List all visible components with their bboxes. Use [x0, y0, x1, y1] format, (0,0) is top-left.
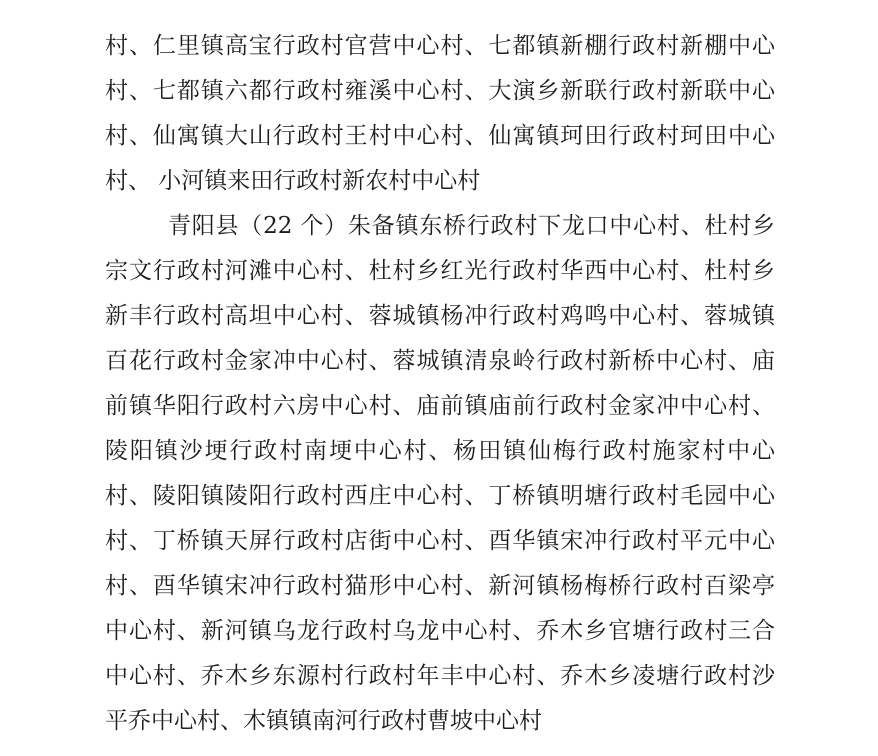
text-line paragraph-end: 平乔中心村、木镇镇南河行政村曹坡中心村: [105, 699, 775, 744]
text-line: 新丰行政村高坦中心村、蓉城镇杨冲行政村鸡鸣中心村、蓉城镇: [105, 294, 775, 339]
text-line: 村、陵阳镇陵阳行政村西庄中心村、丁桥镇明塘行政村毛园中心: [105, 474, 775, 519]
text-line: 中心村、乔木乡东源村行政村年丰中心村、乔木乡凌塘行政村沙: [105, 654, 775, 699]
text-line county-heading-line: 青阳县（22 个）朱备镇东桥行政村下龙口中心村、杜村乡: [105, 204, 775, 249]
text-line: 陵阳镇沙埂行政村南埂中心村、杨田镇仙梅行政村施家村中心: [105, 429, 775, 474]
text-line: 村、丁桥镇天屏行政村店街中心村、酉华镇宋冲行政村平元中心: [105, 519, 775, 564]
text-line: 宗文行政村河滩中心村、杜村乡红光行政村华西中心村、杜村乡: [105, 249, 775, 294]
text-line: 百花行政村金家冲中心村、蓉城镇清泉岭行政村新桥中心村、庙: [105, 339, 775, 384]
text-line paragraph-end: 村、 小河镇来田行政村新农村中心村: [105, 159, 775, 204]
text-line: 村、仁里镇高宝行政村官营中心村、七都镇新棚行政村新棚中心: [105, 24, 775, 69]
text-line: 村、七都镇六都行政村雍溪中心村、大演乡新联行政村新联中心: [105, 69, 775, 114]
text-line: 村、酉华镇宋冲行政村猫形中心村、新河镇杨梅桥行政村百梁亭: [105, 564, 775, 609]
text-line: 前镇华阳行政村六房中心村、庙前镇庙前行政村金家冲中心村、: [105, 384, 775, 429]
text-line: 中心村、新河镇乌龙行政村乌龙中心村、乔木乡官塘行政村三合: [105, 609, 775, 654]
document-page: 村、仁里镇高宝行政村官营中心村、七都镇新棚行政村新棚中心 村、七都镇六都行政村雍…: [0, 0, 878, 756]
text-line: 村、仙寓镇大山行政村王村中心村、仙寓镇珂田行政村珂田中心: [105, 114, 775, 159]
